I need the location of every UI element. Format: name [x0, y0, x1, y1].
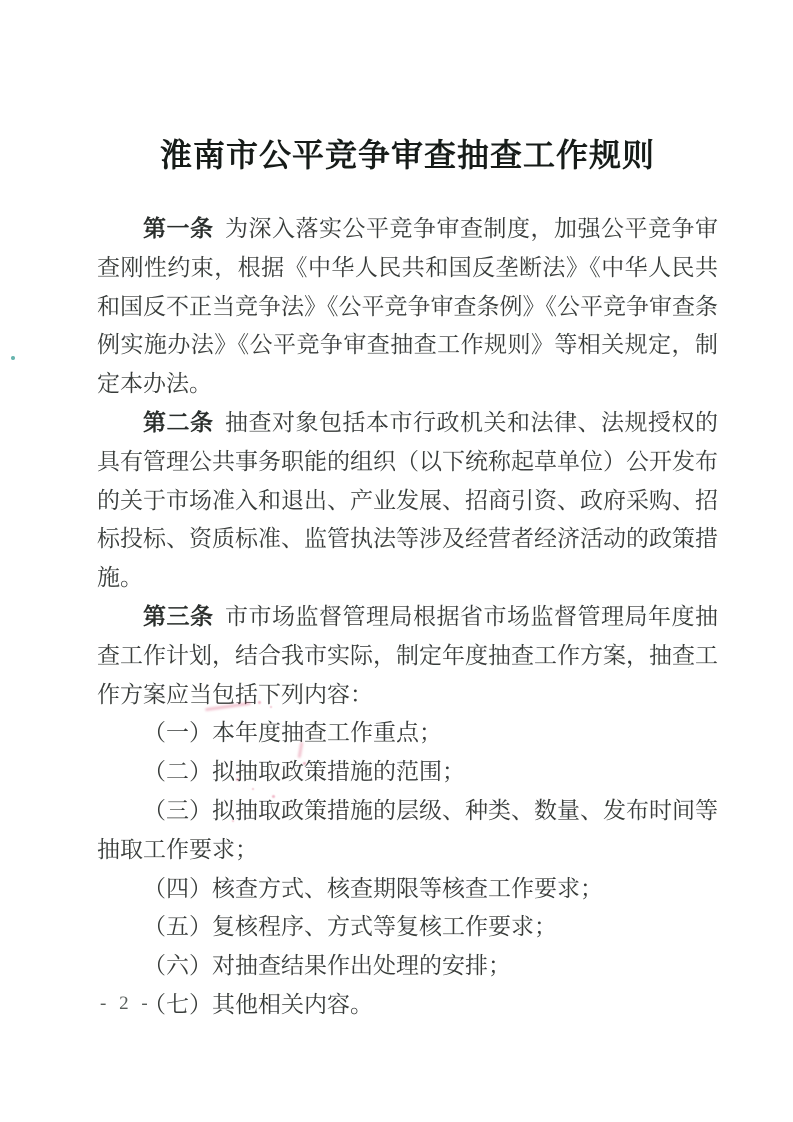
- list-item: （六）对抽查结果作出处理的安排；: [97, 947, 718, 986]
- list-item: （三）拟抽取政策措施的层级、种类、数量、发布时间等抽取工作要求；: [97, 792, 718, 870]
- article-paragraph: 第三条市市场监督管理局根据省市场监督管理局年度抽查工作计划，结合我市实际，制定年…: [97, 598, 718, 714]
- scan-artifact-dot: [578, 336, 581, 339]
- list-item: （一）本年度抽查工作重点；: [97, 714, 718, 753]
- article-text: 抽查对象包括本市行政机关和法律、法规授权的具有管理公共事务职能的组织（以下统称起…: [97, 410, 718, 590]
- page-number: - 2 -: [100, 993, 152, 1015]
- list-item: （七）其他相关内容。: [97, 986, 718, 1025]
- scan-artifact-dot: [11, 356, 15, 360]
- article-paragraph: 第一条为深入落实公平竞争审查制度，加强公平竞争审查刚性约束，根据《中华人民共和国…: [97, 210, 718, 404]
- document-title: 淮南市公平竞争审查抽查工作规则: [97, 130, 718, 176]
- article-number: 第二条: [143, 410, 214, 435]
- document-body: 第一条为深入落实公平竞争审查制度，加强公平竞争审查刚性约束，根据《中华人民共和国…: [97, 210, 718, 1025]
- article-number: 第三条: [143, 604, 214, 629]
- article-paragraph: 第二条抽查对象包括本市行政机关和法律、法规授权的具有管理公共事务职能的组织（以下…: [97, 404, 718, 598]
- article-number: 第一条: [143, 216, 214, 241]
- list-item: （五）复核程序、方式等复核工作要求；: [97, 908, 718, 947]
- list-item: （四）核查方式、核查期限等核查工作要求；: [97, 870, 718, 909]
- article-text: 为深入落实公平竞争审查制度，加强公平竞争审查刚性约束，根据《中华人民共和国反垄断…: [97, 216, 718, 396]
- scanned-document-page: 淮南市公平竞争审查抽查工作规则 第一条为深入落实公平竞争审查制度，加强公平竞争审…: [0, 0, 793, 1122]
- list-item: （二）拟抽取政策措施的范围；: [97, 753, 718, 792]
